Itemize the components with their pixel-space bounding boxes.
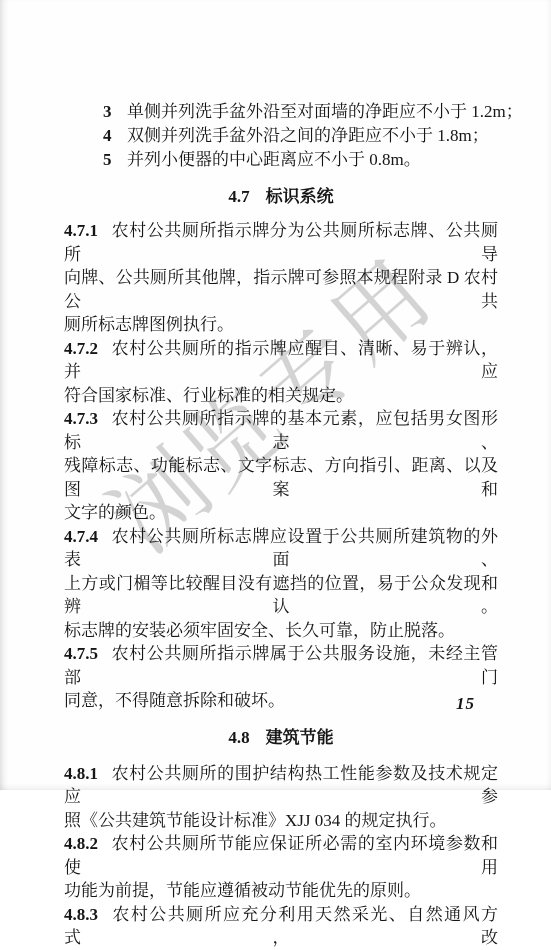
section-heading-4-8: 4.8建筑节能 xyxy=(64,726,498,750)
clause-text: 农村公共厕所的指示牌应醒目、清晰、易于辨认，并应 xyxy=(64,339,498,382)
clause-number: 4.7.4 xyxy=(64,527,98,546)
clause-line: 同意，不得随意拆除和破坏。 xyxy=(64,689,498,713)
clause-line: 4.7.2农村公共厕所的指示牌应醒目、清晰、易于辨认，并应 xyxy=(64,337,498,384)
section-heading-4-7: 4.7标识系统 xyxy=(64,185,498,209)
clause-number: 4.7.2 xyxy=(64,339,98,358)
clause-line: 4.7.1农村公共厕所指示牌分为公共厕所标志牌、公共厕所导 xyxy=(64,219,498,266)
list-item-text: 并列小便器的中心距离应不小于 0.8m。 xyxy=(127,150,421,169)
section-4-7-clauses: 4.7.1农村公共厕所指示牌分为公共厕所标志牌、公共厕所导向牌、公共厕所其他牌，… xyxy=(64,219,498,713)
clause-line: 4.7.4农村公共厕所标志牌应设置于公共厕所建筑物的外表面、 xyxy=(64,525,498,572)
clause-number: 4.8.1 xyxy=(64,764,98,783)
clause-line: 向牌、公共厕所其他牌，指示牌可参照本规程附录 D 农村公共 xyxy=(64,266,498,313)
clause-text: 农村公共厕所指示牌属于公共服务设施，未经主管部门 xyxy=(64,644,498,687)
clause-line: 4.7.3农村公共厕所指示牌的基本元素，应包括男女图形标志、 xyxy=(64,407,498,454)
page-number: 15 xyxy=(456,694,475,714)
clause-line: 标志牌的安装必须牢固安全、长久可靠，防止脱落。 xyxy=(64,619,498,643)
clause-number: 4.7.5 xyxy=(64,644,98,663)
clause-line: 符合国家标准、行业标准的相关规定。 xyxy=(64,384,498,408)
list-item-number: 5 xyxy=(103,148,127,172)
clause-text: 农村公共厕所标志牌应设置于公共厕所建筑物的外表面、 xyxy=(64,527,498,570)
clause-text: 农村公共厕所指示牌分为公共厕所标志牌、公共厕所导 xyxy=(64,221,498,264)
list-item-text: 单侧并列洗手盆外沿至对面墙的净距应不小于 1.2m； xyxy=(127,102,523,121)
list-item-text: 双侧并列洗手盆外沿之间的净距应不小于 1.8m； xyxy=(127,126,489,145)
list-item: 5并列小便器的中心距离应不小于 0.8m。 xyxy=(64,148,498,172)
clause-line: 上方或门楣等比较醒目没有遮挡的位置，易于公众发现和辨认。 xyxy=(64,572,498,619)
section-4-8-clauses: 4.8.1农村公共厕所的围护结构热工性能参数及技术规定应参照《公共建筑节能设计标… xyxy=(64,762,498,791)
clause-line: 文字的颜色。 xyxy=(64,501,498,525)
section-title: 标识系统 xyxy=(266,187,334,206)
clause-line: 厕所标志牌图例执行。 xyxy=(64,313,498,337)
list-item-number: 4 xyxy=(103,124,127,148)
list-item: 3单侧并列洗手盆外沿至对面墙的净距应不小于 1.2m； xyxy=(64,100,498,124)
clause-line: 残障标志、功能标志、文字标志、方向指引、距离、以及图案和 xyxy=(64,454,498,501)
clause-line: 4.8.1农村公共厕所的围护结构热工性能参数及技术规定应参 xyxy=(64,762,498,791)
document-page: 浏览专用 3单侧并列洗手盆外沿至对面墙的净距应不小于 1.2m；4双侧并列洗手盆… xyxy=(0,0,551,790)
section-number: 4.8 xyxy=(228,728,249,747)
section-title: 建筑节能 xyxy=(266,728,334,747)
section-number: 4.7 xyxy=(228,187,249,206)
clause-number: 4.7.3 xyxy=(64,409,98,428)
clause-number: 4.7.1 xyxy=(64,221,98,240)
list-item-number: 3 xyxy=(103,100,127,124)
clause-text: 农村公共厕所指示牌的基本元素，应包括男女图形标志、 xyxy=(64,409,498,452)
list-item: 4双侧并列洗手盆外沿之间的净距应不小于 1.8m； xyxy=(64,124,498,148)
clause-text: 农村公共厕所的围护结构热工性能参数及技术规定应参 xyxy=(64,764,498,791)
page-content: 3单侧并列洗手盆外沿至对面墙的净距应不小于 1.2m；4双侧并列洗手盆外沿之间的… xyxy=(64,100,498,790)
clause-line: 4.7.5农村公共厕所指示牌属于公共服务设施，未经主管部门 xyxy=(64,642,498,689)
numbered-list: 3单侧并列洗手盆外沿至对面墙的净距应不小于 1.2m；4双侧并列洗手盆外沿之间的… xyxy=(64,100,498,172)
